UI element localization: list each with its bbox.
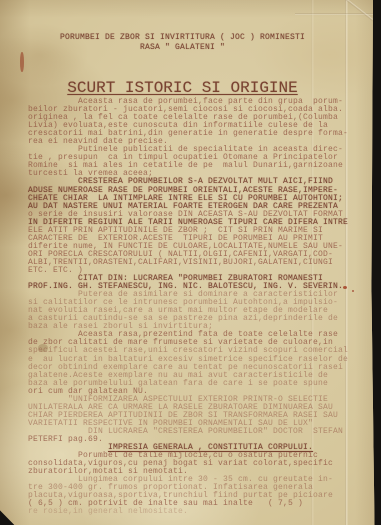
document-body: Aceasta rasa de porumbei,face parte din … [28,98,348,516]
title-line-1: PORUMBEI DE ZBOR SI INVIRTITURA ( JOC ) … [0,33,365,43]
title-line-2: RASA " GALATENI " [0,43,365,53]
scan-frame: PORUMBEI DE ZBOR SI INVIRTITURA ( JOC ) … [0,0,381,525]
section-heading-text: SCURT ISTORIC SI ORIGINE [67,79,297,97]
document-line: re rosie,in general nelmositate. [28,508,348,516]
document-title: PORUMBEI DE ZBOR SI INVIRTITURA ( JOC ) … [0,33,365,52]
document-content: PORUMBEI DE ZBOR SI INVIRTITURA ( JOC ) … [0,0,381,525]
section-heading: SCURT ISTORIC SI ORIGINE [0,79,365,97]
paper-sheet: PORUMBEI DE ZBOR SI INVIRTITURA ( JOC ) … [0,0,381,525]
